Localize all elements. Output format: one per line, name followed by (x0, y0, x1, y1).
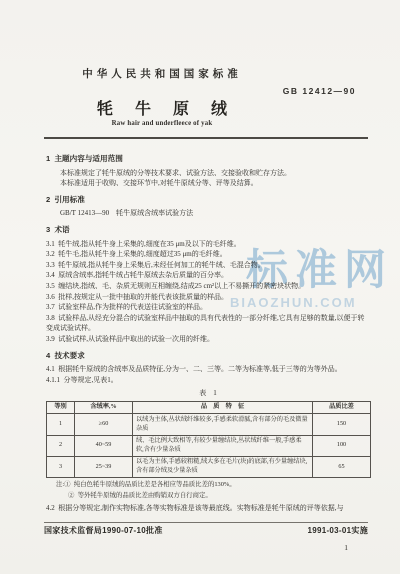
table-note-1: 注:① 纯白色牦牛原绒的品质比差是各相应等品质比差的130%。 (56, 480, 370, 491)
section-4-heading: 4 技术要求 (46, 351, 370, 362)
table-header-down-rate: 含绒率,% (75, 401, 133, 414)
section-1-paragraph: 本标准适用于收购、交接环节中,对牦牛原绒分等、评等及结算。 (46, 178, 370, 189)
requirement-4-2: 4.2 根据分等规定,制作实物标准,各等实物标准是该等最底线。实物标准是牦牛原绒… (46, 503, 370, 514)
table-caption: 表 1 (46, 388, 370, 399)
footer: 国家技术监督局1990-07-10批准 1991-03-01实施 (44, 525, 368, 536)
national-standard-label: 中华人民共和国国家标准 (42, 66, 282, 81)
implementation-date: 1991-03-01实施 (307, 525, 368, 536)
table-cell-grade: 1 (47, 414, 75, 435)
referenced-standard-item: GB/T 12413—90 牦牛原绒含绒率试验方法 (46, 208, 370, 219)
term-item-3-6: 3.6 批样,按规定从一批中抽取的并能代表该批质量的样品。 (46, 292, 370, 303)
table-cell-rate: 25~39 (75, 456, 133, 477)
section-1-paragraph: 本标准规定了牦牛原绒的分等技术要求、试验方法、交接验收和贮存方法。 (46, 168, 370, 179)
table-cell-rate: ≥60 (75, 414, 133, 435)
document-subtitle-english: Raw hair and underfleece of yak (42, 120, 282, 127)
table-cell-grade: 3 (47, 456, 75, 477)
section-1-heading: 1 主题内容与适用范围 (46, 154, 370, 165)
header-divider-rule (44, 137, 368, 139)
grade-table: 等别 含绒率,% 品 质 特 征 品质比差 1 ≥60 以绒为主体,丛状绒纤维较… (46, 401, 371, 478)
requirement-4-1: 4.1 根据牦牛原绒的含绒率及品质特征,分为一、二、三等。二等为标准等,低于三等… (46, 364, 370, 375)
table-row-grade-3: 3 25~39 以毛为主体,手感较粗糙,绒大多在毛片(块)的底部,有少量缠结块,… (47, 456, 371, 477)
table-header-quality-feature: 品 质 特 征 (133, 401, 313, 414)
term-item-3-7: 3.7 试验室样品,作为批样的代表送往试验室的样品。 (46, 302, 370, 313)
table-cell-rate: 40~59 (75, 435, 133, 456)
section-3-heading: 3 术语 (46, 225, 370, 236)
term-item-3-2: 3.2 牦牛毛,指从牦牛身上采集的,细度超过35 μm的毛纤维。 (46, 249, 370, 260)
table-header-quality-ratio: 品质比差 (313, 401, 371, 414)
term-item-3-9: 3.9 试验试样,从试验样品中取出的试验一次用的纤维。 (46, 334, 370, 345)
approval-statement: 国家技术监督局1990-07-10批准 (44, 525, 163, 536)
term-item-3-1: 3.1 牦牛绒,指从牦牛身上采集的,细度在35 μm及以下的毛纤维。 (46, 239, 370, 250)
footer-divider-rule (44, 522, 368, 523)
term-item-3-8: 3.8 试验样品,从经充分混合的试验室样品中抽取的具有代表性的一部分纤维,它具有… (46, 313, 370, 334)
scanned-standard-page: { "header": { "national_standard": "中华人民… (0, 0, 400, 574)
table-cell-feature: 以毛为主体,手感较粗糙,绒大多在毛片(块)的底部,有少量缠结块,含有部分绒及少量… (133, 456, 313, 477)
section-2-heading: 2 引用标准 (46, 195, 370, 206)
term-item-3-5: 3.5 缠结块,指绒、毛、杂质无规则互相缠绕,结成25 cm²以上不易撕开的紧密… (46, 281, 370, 292)
page-number: 1 (344, 543, 348, 552)
standard-number: GB 12412—90 (283, 86, 356, 96)
table-cell-ratio: 150 (313, 414, 371, 435)
table-cell-feature: 以绒为主体,丛状绒纤维较多,手感柔软滑腻,含有部分的毛及微量杂质 (133, 414, 313, 435)
table-cell-grade: 2 (47, 435, 75, 456)
table-row-grade-2: 2 40~59 绒、毛比例大致相等,有较少量缠结块,丛状绒纤维一般,手感柔软,含… (47, 435, 371, 456)
term-item-3-3: 3.3 牦牛原绒,指从牦牛身上采集后,未经任何加工的牦牛绒、毛混合物。 (46, 260, 370, 271)
table-header-grade: 等别 (47, 401, 75, 414)
table-cell-feature: 绒、毛比例大致相等,有较少量缠结块,丛状绒纤维一般,手感柔软,含有少量杂质 (133, 435, 313, 456)
table-cell-ratio: 100 (313, 435, 371, 456)
table-header-row: 等别 含绒率,% 品 质 特 征 品质比差 (47, 401, 371, 414)
requirement-4-1-1: 4.1.1 分等规定,见表1。 (46, 375, 370, 386)
document-title: 牦牛原绒 (42, 96, 282, 119)
table-note-2: ② 等外牦牛原绒的品质比差由购销双方自行商定。 (68, 491, 370, 502)
document-body: 1 主题内容与适用范围 本标准规定了牦牛原绒的分等技术要求、试验方法、交接验收和… (46, 154, 370, 514)
table-cell-ratio: 65 (313, 456, 371, 477)
term-item-3-4: 3.4 原绒含绒率,指牦牛绒占牦牛原绒去杂后质量的百分率。 (46, 270, 370, 281)
table-row-grade-1: 1 ≥60 以绒为主体,丛状绒纤维较多,手感柔软滑腻,含有部分的毛及微量杂质 1… (47, 414, 371, 435)
